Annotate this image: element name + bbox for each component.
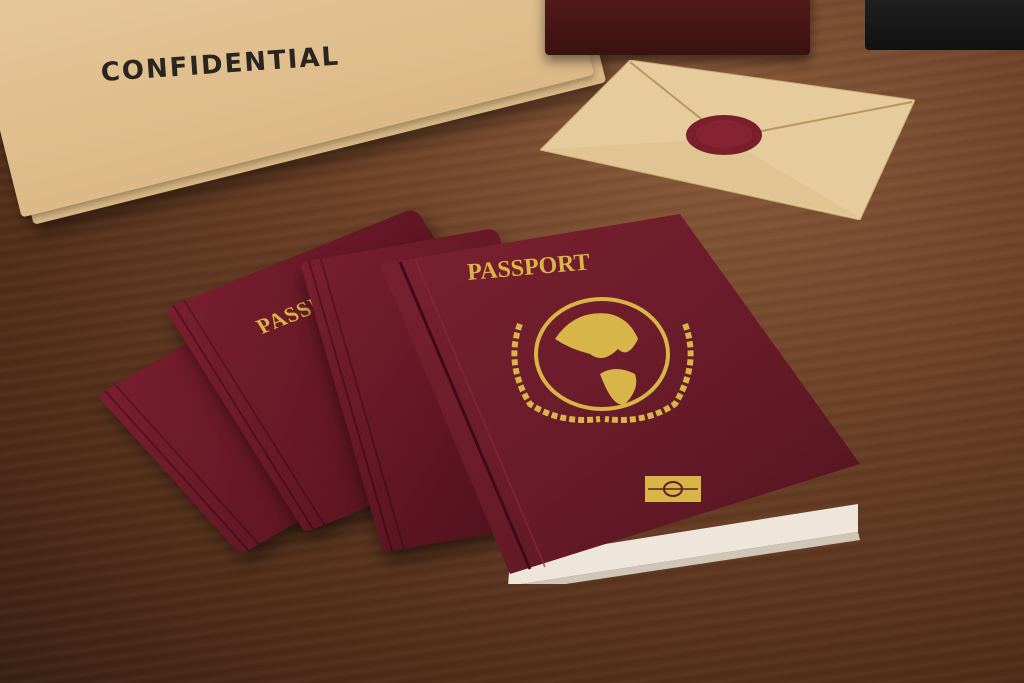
folder-front: CONFIDENTIAL	[0, 0, 594, 217]
confidential-folder: CONFIDENTIAL	[0, 0, 612, 213]
dark-desk-object	[865, 0, 1024, 50]
sealed-envelope	[540, 60, 915, 220]
folder-label: CONFIDENTIAL	[100, 41, 341, 88]
passport-front: PASSPORT	[380, 214, 860, 584]
photo-scene: CONFIDENTIAL PASSP	[0, 0, 1024, 683]
wooden-box	[545, 0, 810, 55]
wax-seal-icon	[686, 115, 762, 155]
biometric-chip-icon	[645, 476, 701, 502]
